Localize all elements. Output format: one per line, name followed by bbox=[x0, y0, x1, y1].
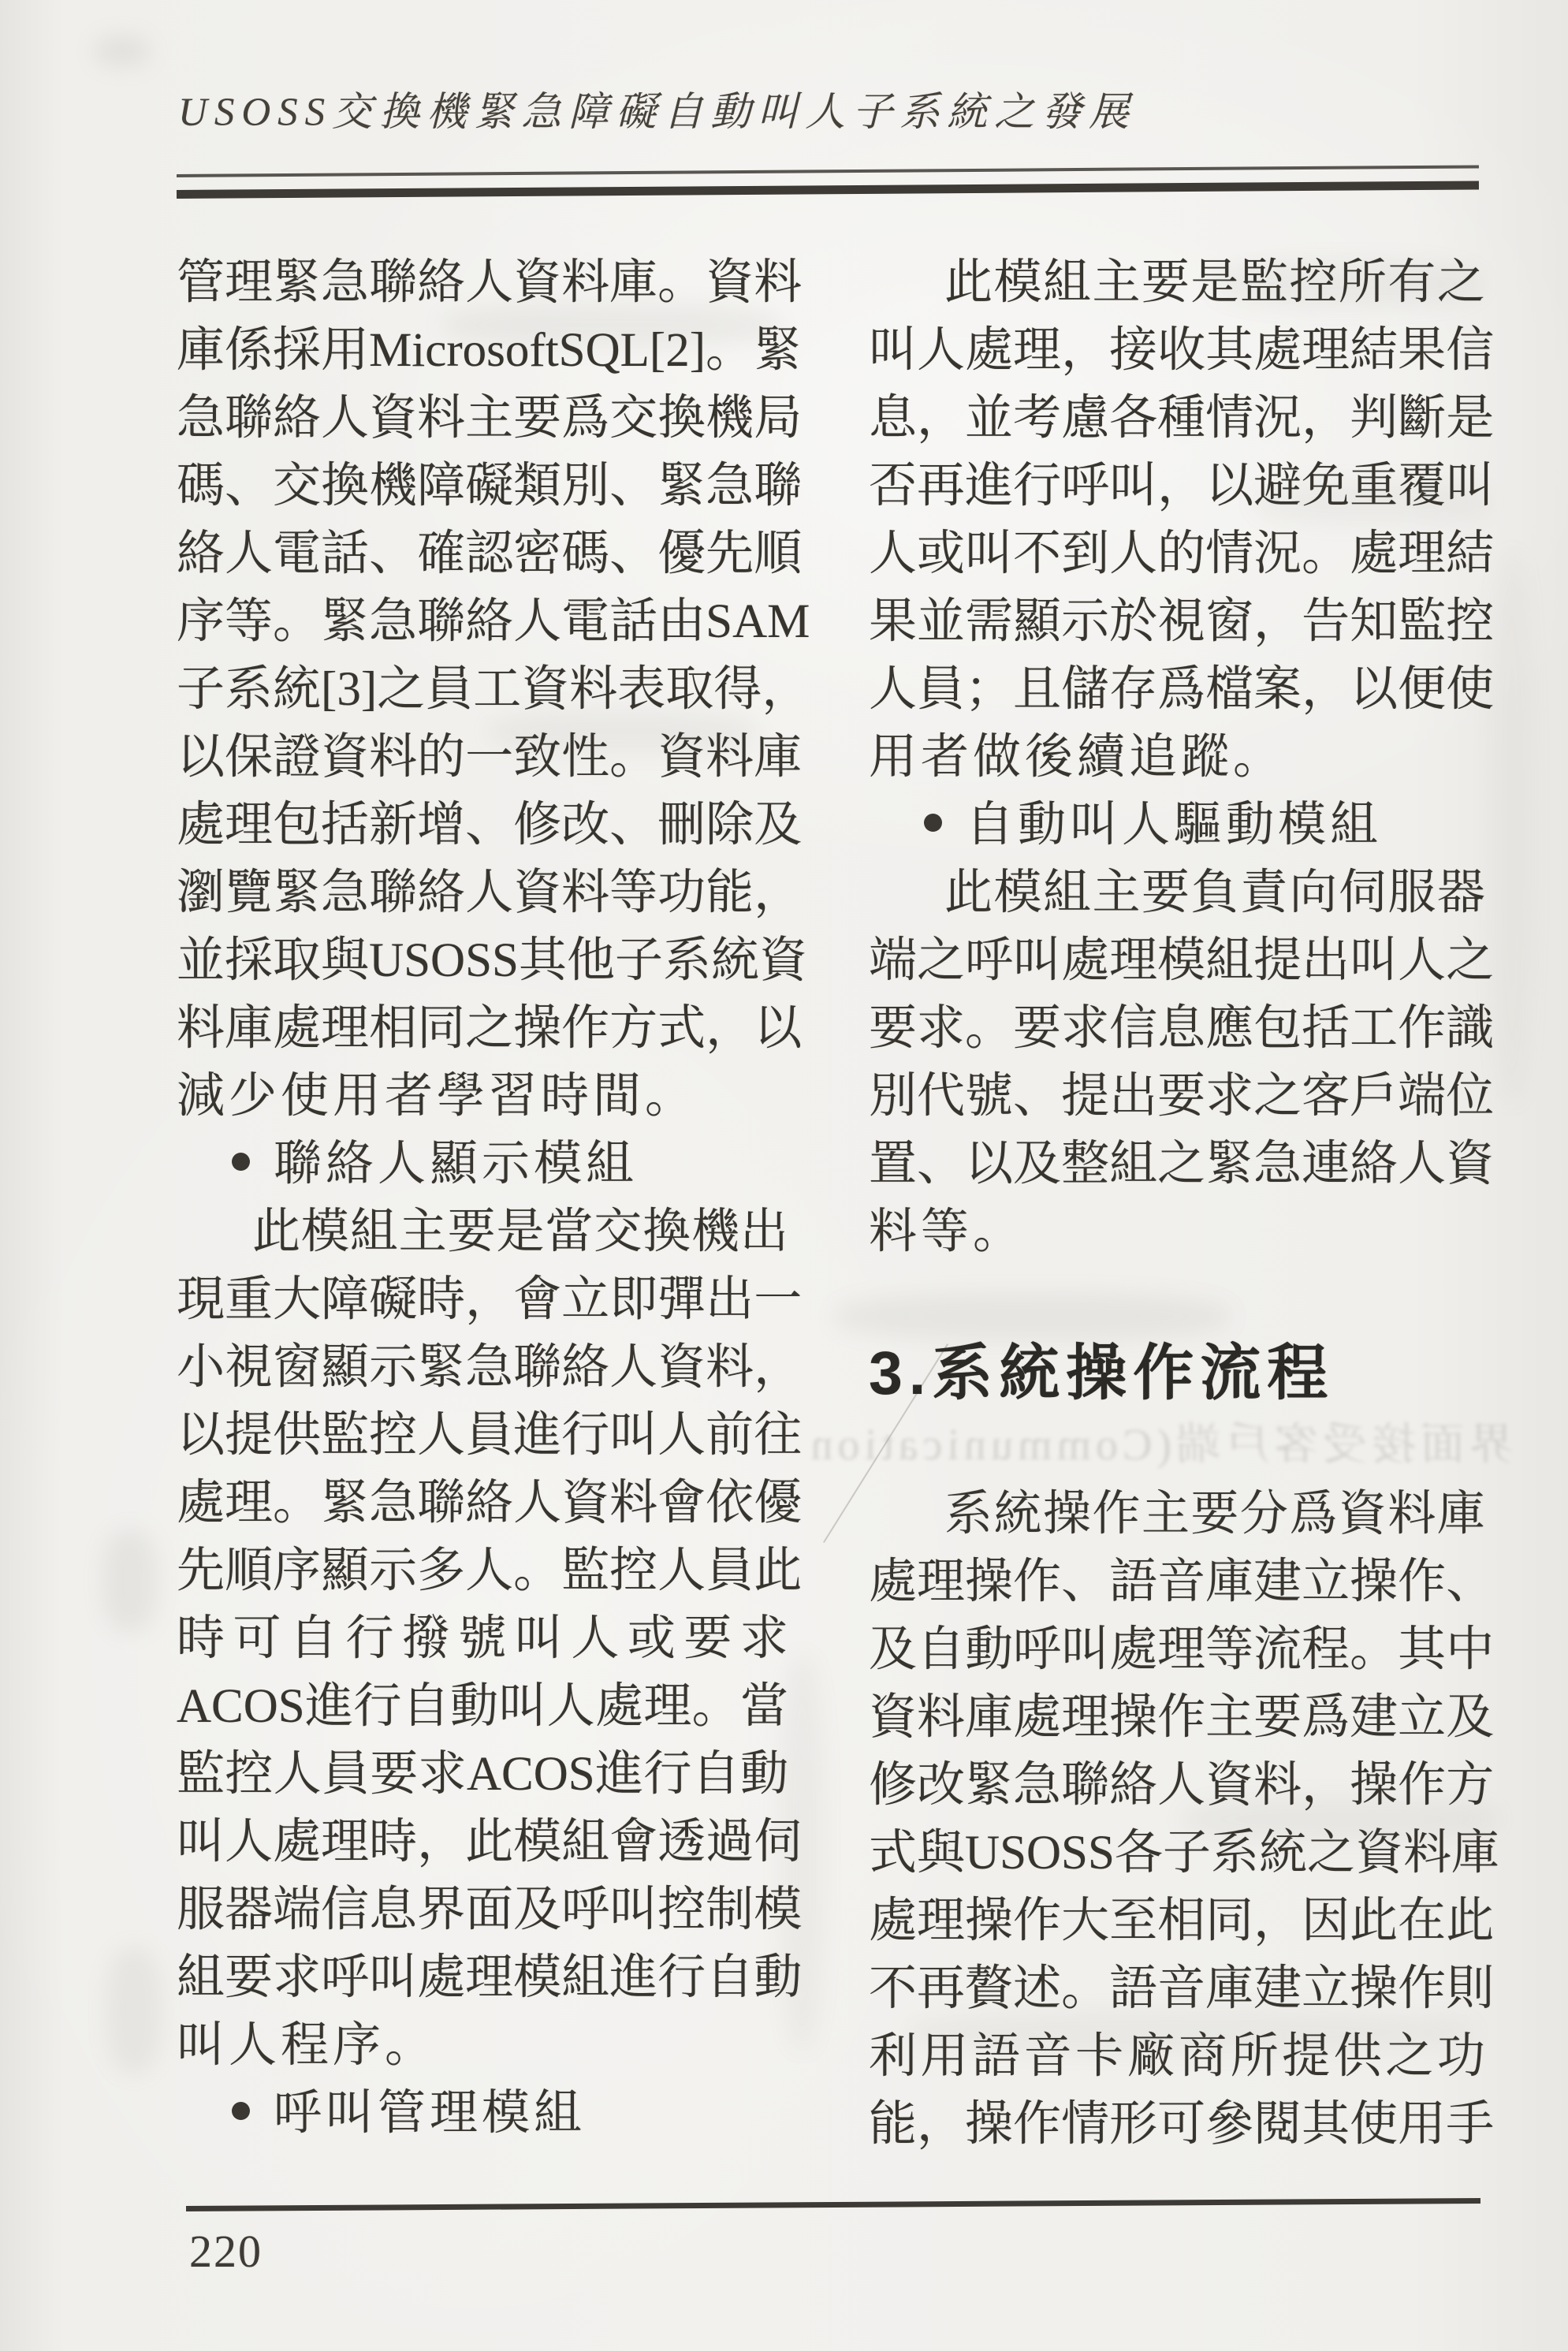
bullet-icon bbox=[232, 2102, 250, 2120]
text-line: 利用語音卡廠商所提供之功 bbox=[869, 2023, 1485, 2091]
footer-rule bbox=[186, 2198, 1480, 2211]
scan-smudge bbox=[95, 35, 150, 67]
text-line: 及自動呼叫處理等流程。其中 bbox=[869, 1616, 1485, 1684]
text-line: 呼叫管理模組 bbox=[177, 2080, 788, 2148]
text-line: 自動叫人驅動模組 bbox=[869, 792, 1485, 859]
text-line: 子系統[3]之員工資料表取得， bbox=[177, 656, 788, 724]
text-line: 急聯絡人資料主要爲交換機局 bbox=[177, 385, 788, 453]
header-rule-thin bbox=[177, 165, 1479, 177]
bullet-icon bbox=[924, 814, 942, 832]
scanned-page: USOSS交換機緊急障礙自動叫人子系統之發展 界面接受客戶端(Communica… bbox=[0, 0, 1568, 2351]
text-line: 減少使用者學習時間。 bbox=[177, 1063, 788, 1131]
text-line: 碼、交換機障礙類別、緊急聯 bbox=[177, 453, 788, 520]
text-line: 先順序顯示多人。監控人員此 bbox=[177, 1537, 788, 1605]
text-line: 要求。要求信息應包括工作識 bbox=[869, 995, 1485, 1063]
text-line: 管理緊急聯絡人資料庫。資料 bbox=[177, 249, 788, 317]
text-line: 叫人程序。 bbox=[177, 2012, 788, 2080]
text-line: 置、以及整組之緊急連絡人資 bbox=[869, 1131, 1485, 1198]
text-line: 此模組主要是當交換機出 bbox=[177, 1198, 788, 1266]
text-line: 監控人員要求ACOS進行自動 bbox=[177, 1741, 788, 1809]
text-line: 料等。 bbox=[869, 1198, 1485, 1266]
text-line: 聯絡人顯示模組 bbox=[177, 1131, 788, 1198]
text-line: 能，操作情形可參閱其使用手 bbox=[869, 2091, 1485, 2159]
text-line: 不再贅述。語音庫建立操作則 bbox=[869, 1955, 1485, 2023]
text-line: 庫係採用MicrosoftSQL[2]。緊 bbox=[177, 317, 788, 385]
text-line: 現重大障礙時，會立即彈出一 bbox=[177, 1266, 788, 1334]
text-line: 處理包括新增、修改、刪除及 bbox=[177, 792, 788, 859]
text-line: 系統操作主要分爲資料庫 bbox=[869, 1481, 1485, 1548]
left-column: 管理緊急聯絡人資料庫。資料庫係採用MicrosoftSQL[2]。緊急聯絡人資料… bbox=[177, 249, 788, 2148]
page-number: 220 bbox=[189, 2225, 263, 2278]
text-line: 端之呼叫處理模組提出叫人之 bbox=[869, 927, 1485, 995]
text-line: 叫人處理時，此模組會透過伺 bbox=[177, 1809, 788, 1876]
scan-smudge bbox=[1490, 552, 1533, 1104]
text-line: 果並需顯示於視窗，告知監控 bbox=[869, 588, 1485, 656]
text-line: 息，並考慮各種情況，判斷是 bbox=[869, 385, 1485, 453]
section-heading: 3.系統操作流程 bbox=[869, 1266, 1485, 1481]
text-line: 序等。緊急聯絡人電話由SAM bbox=[177, 588, 788, 656]
text-line: 處理操作、語音庫建立操作、 bbox=[869, 1548, 1485, 1616]
text-line: 人或叫不到人的情況。處理結 bbox=[869, 520, 1485, 588]
text-line: 處理。緊急聯絡人資料會依優 bbox=[177, 1470, 788, 1537]
text-line: 並採取與USOSS其他子系統資 bbox=[177, 927, 788, 995]
text-line: 叫人處理，接收其處理結果信 bbox=[869, 317, 1485, 385]
text-line: 絡人電話、確認密碼、優先順 bbox=[177, 520, 788, 588]
text-line: ACOS進行自動叫人處理。當 bbox=[177, 1673, 788, 1741]
text-line: 瀏覽緊急聯絡人資料等功能， bbox=[177, 859, 788, 927]
text-line: 此模組主要負責向伺服器 bbox=[869, 859, 1485, 927]
text-line: 別代號、提出要求之客戶端位 bbox=[869, 1063, 1485, 1131]
bullet-icon bbox=[232, 1153, 250, 1171]
text-line: 修改緊急聯絡人資料，操作方 bbox=[869, 1752, 1485, 1820]
scan-smudge bbox=[102, 1529, 158, 1632]
text-line: 否再進行呼叫，以避免重覆叫 bbox=[869, 453, 1485, 520]
text-line: 資料庫處理操作主要爲建立及 bbox=[869, 1684, 1485, 1752]
text-line: 人員；且儲存爲檔案，以便使 bbox=[869, 656, 1485, 724]
right-column: 此模組主要是監控所有之叫人處理，接收其處理結果信息，並考慮各種情況，判斷是否再進… bbox=[869, 249, 1485, 2159]
scan-smudge bbox=[106, 1947, 162, 2073]
text-line: 以保證資料的一致性。資料庫 bbox=[177, 724, 788, 792]
text-line: 以提供監控人員進行叫人前往 bbox=[177, 1402, 788, 1470]
text-line: 式與USOSS各子系統之資料庫 bbox=[869, 1820, 1485, 1887]
text-line: 用者做後續追蹤。 bbox=[869, 724, 1485, 792]
text-line: 時可自行撥號叫人或要求 bbox=[177, 1605, 788, 1673]
page-title: USOSS交換機緊急障礙自動叫人子系統之發展 bbox=[178, 79, 1136, 137]
text-line: 服器端信息界面及呼叫控制模 bbox=[177, 1876, 788, 1944]
text-line: 料庫處理相同之操作方式，以 bbox=[177, 995, 788, 1063]
header-rule-thick bbox=[177, 181, 1479, 199]
text-line: 組要求呼叫處理模組進行自動 bbox=[177, 1944, 788, 2012]
text-line: 小視窗顯示緊急聯絡人資料， bbox=[177, 1334, 788, 1402]
text-line: 處理操作大至相同，因此在此 bbox=[869, 1887, 1485, 1955]
text-line: 此模組主要是監控所有之 bbox=[869, 249, 1485, 317]
